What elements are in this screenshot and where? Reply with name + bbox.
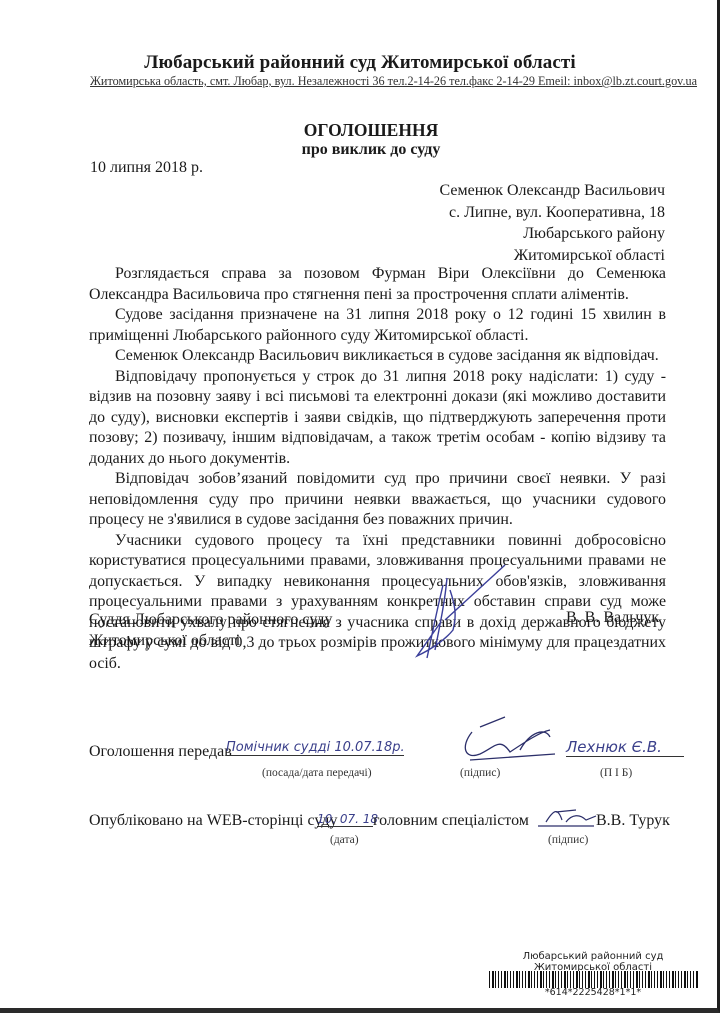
transfer-name-field: Лехнюк Є.В. (566, 738, 684, 757)
specialist-name: В.В. Турук (596, 812, 670, 830)
transfer-label: Оголошення передав (89, 743, 232, 761)
barcode-number: *614*2225428*1*1* (488, 987, 698, 998)
specialist-label: головним спеціалістом (373, 812, 529, 830)
judge-name: В. В. Вальчук (566, 609, 659, 627)
publication-label: Опубліковано на WEB-сторінці суду (89, 812, 338, 830)
paragraph-case: Розглядається справа за позовом Фурман В… (89, 264, 666, 305)
paragraph-rights: Учасники судового процесу та їхні предст… (89, 531, 666, 675)
caption-publication-signature: (підпис) (548, 834, 588, 846)
paragraph-response: Відповідачу пропонується у строк до 31 л… (89, 367, 666, 470)
paragraph-summons: Семенюк Олександр Васильович викликаєтьс… (89, 346, 666, 367)
court-address-line: Житомирська область, смт. Любар, вул. Не… (90, 74, 697, 89)
transfer-signature-icon (450, 712, 560, 772)
transfer-position-date-field: Помічник судді 10.07.18р. (226, 740, 404, 756)
caption-position-date: (посада/дата передачі) (262, 767, 372, 779)
judge-signature-icon (405, 560, 515, 670)
addressee-name: Семенюк Олександр Васильович (440, 180, 665, 202)
caption-name: (П І Б) (600, 767, 632, 779)
paragraph-absence: Відповідач зобов’язаний повідомити суд п… (89, 469, 666, 531)
judge-title-line2: Житомирської області (89, 630, 332, 651)
caption-publication-date: (дата) (330, 834, 359, 846)
caption-transfer-signature: (підпис) (460, 767, 500, 779)
announcement-title: ОГОЛОШЕННЯ (0, 120, 720, 141)
addressee-district: Любарського району (440, 223, 665, 245)
publication-signature-icon (536, 804, 598, 830)
judge-title: Суддя Любарського районного суду Житомир… (89, 609, 332, 651)
addressee-block: Семенюк Олександр Васильович с. Липне, в… (440, 180, 665, 266)
barcode-icon (489, 971, 699, 988)
addressee-street: с. Липне, вул. Кооперативна, 18 (440, 202, 665, 224)
paragraph-hearing: Судове засідання призначене на 31 липня … (89, 305, 666, 346)
announcement-date: 10 липня 2018 р. (90, 159, 203, 177)
document-page: Любарський районний суд Житомирської обл… (0, 0, 720, 1013)
announcement-subtitle: про виклик до суду (0, 141, 720, 159)
court-name-heading: Любарський районний суд Житомирської обл… (0, 52, 720, 74)
judge-title-line1: Суддя Любарського районного суду (89, 609, 332, 630)
publication-date-field: 10. 07. 18 (317, 812, 373, 827)
stamp-line1: Любарський районний суд (488, 951, 698, 962)
